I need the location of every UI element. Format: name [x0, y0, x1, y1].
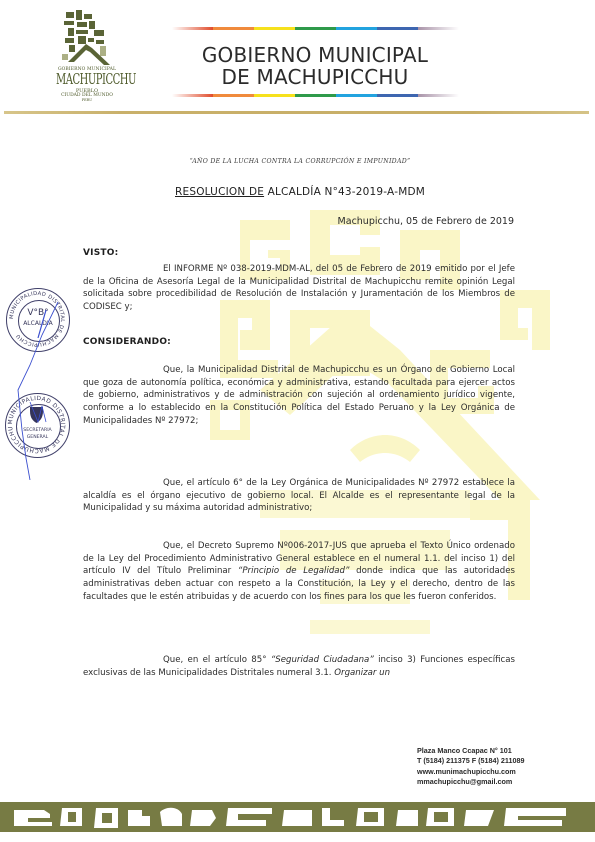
- organization-title-line-1: GOBIERNO MUNICIPAL: [180, 44, 450, 66]
- resolution-title: RESOLUCION DE ALCALDÍA N°43-2019-A-MDM: [130, 186, 470, 198]
- considerando-paragraph-4: Que, en el artículo 85° “Seguridad Ciuda…: [83, 654, 515, 679]
- document-date: Machupicchu, 05 de Febrero de 2019: [338, 216, 514, 227]
- municipal-logo: GOBIERNO MUNICIPAL MACHUPICCHU PUEBLO CI…: [56, 10, 116, 108]
- logo-line-5: PERU: [56, 99, 118, 103]
- considerando-4-emphasis-2: Organizar un: [334, 668, 390, 678]
- signature-stroke-icon: [0, 280, 80, 480]
- contact-email[interactable]: mmachupicchu@gmail.com: [417, 777, 525, 787]
- rainbow-stripe-bottom: [172, 94, 459, 97]
- visto-heading: VISTO:: [83, 248, 118, 258]
- contact-info: Plaza Manco Ccapac N° 101 T (5184) 21137…: [417, 746, 525, 787]
- contact-address: Plaza Manco Ccapac N° 101: [417, 746, 525, 756]
- considerando-paragraph-3: Que, el Decreto Supremo Nº006-2017-JUS q…: [83, 540, 515, 604]
- considerando-paragraph-1: Que, la Municipalidad Distrital de Machu…: [83, 364, 515, 428]
- year-motto: “AÑO DE LA LUCHA CONTRA LA CORRUPCIÓN E …: [140, 158, 460, 165]
- contact-phone: T (5184) 211375 F (5184) 211089: [417, 756, 525, 766]
- visto-text: El INFORME Nº 038-2019-MDM-AL, del 05 de…: [83, 263, 515, 314]
- considerando-2-text: Que, el artículo 6° de la Ley Orgánica d…: [83, 477, 515, 515]
- header-divider: [4, 111, 589, 114]
- organization-title: GOBIERNO MUNICIPAL DE MACHUPICCHU: [180, 44, 450, 88]
- machupicchu-emblem-icon: [60, 10, 112, 66]
- considerando-paragraph-2: Que, el artículo 6° de la Ley Orgánica d…: [83, 477, 515, 515]
- considerando-3-emphasis: “Principio de Legalidad”: [238, 566, 350, 576]
- logo-text: GOBIERNO MUNICIPAL MACHUPICCHU PUEBLO CI…: [56, 68, 118, 103]
- logo-line-2: MACHUPICCHU: [56, 73, 118, 89]
- considerando-4-text-a: Que, en el artículo 85°: [163, 655, 271, 665]
- contact-website[interactable]: www.munimachupicchu.com: [417, 767, 525, 777]
- considerando-4-emphasis: “Seguridad Ciudadana”: [271, 655, 374, 665]
- visto-paragraph: El INFORME Nº 038-2019-MDM-AL, del 05 de…: [83, 263, 515, 314]
- considerando-1-text: Que, la Municipalidad Distrital de Machu…: [83, 364, 515, 428]
- resolution-title-prefix: RESOLUCION DE: [175, 186, 264, 198]
- organization-title-line-2: DE MACHUPICCHU: [180, 66, 450, 88]
- considerando-heading: CONSIDERANDO:: [83, 337, 171, 347]
- resolution-title-number: ALCALDÍA N°43-2019-A-MDM: [264, 186, 425, 198]
- inca-pattern-band-icon: [0, 800, 595, 834]
- rainbow-stripe-top: [172, 27, 459, 30]
